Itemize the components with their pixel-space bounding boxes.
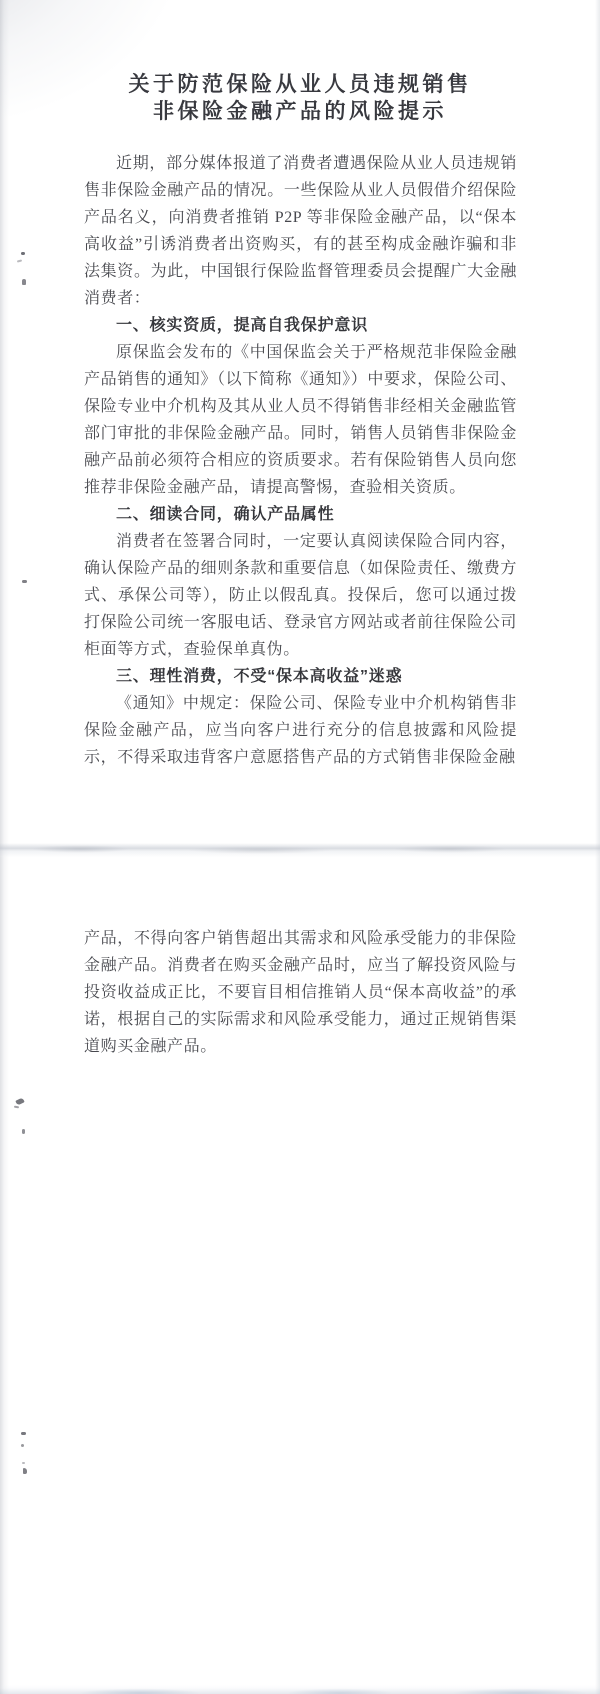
page-title: 关于防范保险从业人员违规销售 非保险金融产品的风险提示 [0, 71, 600, 125]
page-title-line-2: 非保险金融产品的风险提示 [0, 98, 600, 125]
paragraph-section-3-part-1: 《通知》中规定：保险公司、保险专业中介机构销售非保险金融产品，应当向客户进行充分… [84, 690, 517, 771]
paragraph-intro: 近期，部分媒体报道了消费者遭遇保险从业人员违规销售非保险金融产品的情况。一些保险… [84, 150, 517, 312]
section-heading-3: 三、理性消费，不受“保本高收益”迷惑 [84, 663, 517, 690]
paragraph-section-1: 原保监会发布的《中国保监会关于严格规范非保险金融产品销售的通知》（以下简称《通知… [84, 339, 517, 501]
section-heading-1: 一、核实资质，提高自我保护意识 [84, 312, 517, 339]
page-title-line-1: 关于防范保险从业人员违规销售 [0, 71, 600, 98]
page-2-body: 产品，不得向客户销售超出其需求和风险承受能力的非保险金融产品。消费者在购买金融产… [84, 925, 517, 1060]
scanned-document: 关于防范保险从业人员违规销售 非保险金融产品的风险提示 近期，部分媒体报道了消费… [0, 0, 600, 1694]
document-page-1: 关于防范保险从业人员违规销售 非保险金融产品的风险提示 近期，部分媒体报道了消费… [0, 0, 600, 848]
paragraph-section-2: 消费者在签署合同时，一定要认真阅读保险合同内容，确认保险产品的细则条款和重要信息… [84, 528, 517, 663]
page-1-body: 近期，部分媒体报道了消费者遭遇保险从业人员违规销售非保险金融产品的情况。一些保险… [84, 150, 517, 771]
paragraph-section-3-part-2: 产品，不得向客户销售超出其需求和风险承受能力的非保险金融产品。消费者在购买金融产… [84, 925, 517, 1060]
section-heading-2: 二、细读合同，确认产品属性 [84, 501, 517, 528]
